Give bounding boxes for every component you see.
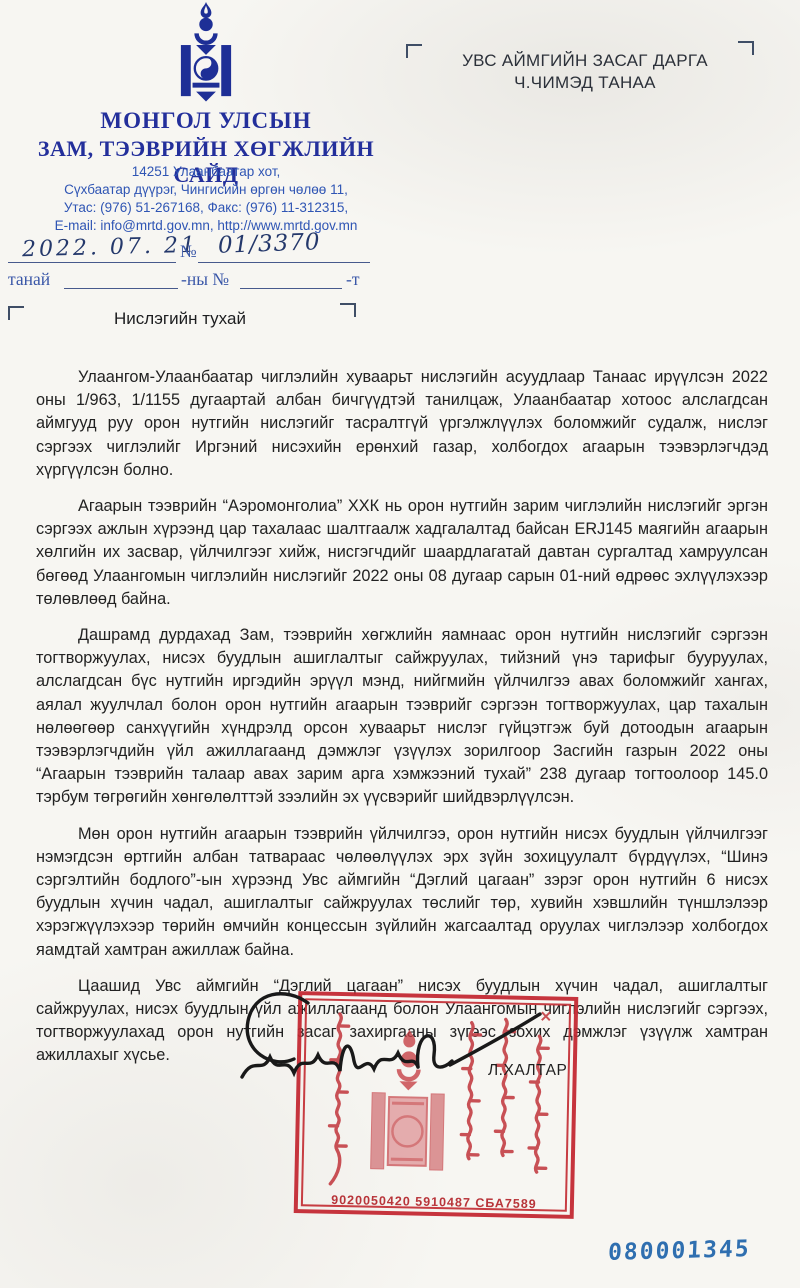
body-paragraph-4: Мөн орон нутгийн агаарын тээврийн үйлчил… — [36, 823, 768, 962]
recipient-title: УВС АЙМГИЙН ЗАСАГ ДАРГА — [420, 50, 750, 72]
number-underline — [198, 262, 370, 263]
date-underline — [8, 262, 176, 263]
serial-number: 080001345 — [607, 1236, 751, 1266]
address-line: E-mail: info@mrtd.gov.mn, http://www.mrt… — [8, 217, 404, 235]
address-line: Сүхбаатар дүүрэг, Чингисийн өргөн чөлөө … — [8, 181, 404, 199]
subject-bracket-left-icon — [8, 306, 24, 320]
your-ref-blank-2 — [240, 288, 342, 289]
your-ref-blank-1 — [64, 288, 178, 289]
handwritten-doc-number: 01/3370 — [218, 229, 321, 259]
country-line: МОНГОЛ УЛСЫН — [8, 108, 404, 134]
your-ref-mid: -ны № — [181, 269, 229, 290]
recipient-name: Ч.ЧИМЭД ТАНАА — [420, 72, 750, 94]
your-ref-prefix: танай — [8, 269, 50, 290]
letterhead-address: 14251 Улаанбаатар хот, Сүхбаатар дүүрэг,… — [8, 163, 404, 235]
number-symbol: № — [180, 241, 197, 262]
body-paragraph-2: Агаарын тээврийн “Аэромонголиа” ХХК нь о… — [36, 495, 768, 611]
scanned-letter-page: МОНГОЛ УЛСЫН ЗАМ, ТЭЭВРИЙН ХӨГЖЛИЙН САЙД… — [0, 0, 800, 1288]
letter-body: Улаангом-Улаанбаатар чиглэлийн хуваарьт … — [36, 366, 768, 1081]
subject-line: Нислэгийн тухай — [85, 309, 275, 329]
recipient-block: УВС АЙМГИЙН ЗАСАГ ДАРГА Ч.ЧИМЭД ТАНАА — [420, 50, 750, 94]
your-ref-suffix: -т — [346, 269, 359, 290]
signer-name: Л.ХАЛТАР — [488, 1062, 567, 1080]
body-paragraph-3: Дашрамд дурдахад Зам, тээврийн хөгжлийн … — [36, 624, 768, 810]
body-paragraph-1: Улаангом-Улаанбаатар чиглэлийн хуваарьт … — [36, 366, 768, 482]
signature-icon — [228, 983, 563, 1123]
soyombo-emblem-icon — [158, 2, 254, 106]
address-line: 14251 Улаанбаатар хот, — [8, 163, 404, 181]
handwritten-date: 2022. 07. 21 — [22, 233, 199, 263]
subject-bracket-right-icon — [340, 303, 356, 317]
address-line: Утас: (976) 51-267168, Факс: (976) 11-31… — [8, 199, 404, 217]
